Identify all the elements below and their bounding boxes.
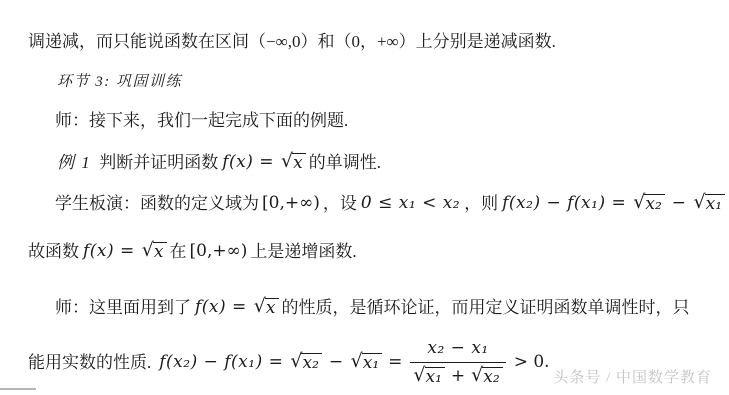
conclusion-text-mid: 在 [170,241,187,262]
radicand-x2: x₂ [644,194,664,213]
radicand-x1: x₁ [362,353,382,372]
fraction-numerator: x₂ − x₁ [421,338,494,362]
teacher-comment-line: 师：这里面用到了 f(x) = √ x 的性质，是循环论证，而用定义证明函数单调… [55,297,690,318]
sqrt-x: √ x [142,242,167,261]
radicand-x2: x₂ [301,353,321,372]
minus-sign: − [672,193,687,214]
domain-interval: [0,+∞) [190,241,248,262]
sqrt-x: √ x [281,153,306,172]
radicand-x: x [265,298,279,317]
student-text-mid2: ，则 [464,193,498,214]
conclusion-text-before: 故函数 [28,241,79,262]
plus-sign: + [451,366,465,387]
comment-text-after: 的性质，是循环论证，而用定义证明函数单调性时，只 [282,297,690,318]
domain-interval: [0,+∞) [262,193,320,214]
sqrt-x1: √ x₁ [694,194,726,213]
student-work-line: 学生板演：函数的定义域为 [0,+∞) ，设 0 ≤ x₁ < x₂ ，则 f(… [55,193,729,214]
sqrt-x2: √ x₂ [471,367,503,386]
radicand-x: x [292,153,306,172]
watermark: 头条号 / 中国数学教育 [553,366,712,387]
difference-expression: f(x₂) − f(x₁) = [502,193,626,214]
fraction-denominator: √ x₁ + √ x₂ [410,362,505,387]
student-text-mid1: ，设 [323,193,357,214]
section-heading: 环节 3: 巩固训练 [57,73,182,92]
radicand-x2: x₂ [482,367,502,386]
minus-sign: − [329,352,344,373]
paragraph-overflow: 调递减，而只能说函数在区间（−∞,0）和（0，+∞）上分别是递减函数. [28,31,556,52]
comment-text-before: 师：这里面用到了 [55,297,191,318]
radicand-x1: x₁ [705,194,725,213]
conclusion-fx-equals: f(x) = [83,241,135,262]
example-text-after: 的单调性. [309,152,381,173]
teacher-formula-line: 能用实数的性质. f(x₂) − f(x₁) = √ x₂ − √ x₁ = x… [28,338,553,388]
equals-sign: = [388,352,402,373]
sqrt-x: √ x [254,298,279,317]
radicand-x: x [153,242,167,261]
fraction: x₂ − x₁ √ x₁ + √ x₂ [410,338,505,388]
inequality: 0 ≤ x₁ < x₂ [361,193,460,214]
greater-than-zero: > 0. [514,352,550,373]
student-text-before: 学生板演：函数的定义域为 [55,193,259,214]
sqrt-x2: √ x₂ [633,194,665,213]
difference-expression: f(x₂) − f(x₁) = [159,352,283,373]
teacher-intro-line: 师：接下来，我们一起完成下面的例题. [55,110,348,131]
sqrt-x1: √ x₁ [351,353,383,372]
teacher-intro-text: 师：接下来，我们一起完成下面的例题. [55,110,348,131]
sqrt-x2: √ x₂ [290,353,322,372]
example-label: 例 1 [57,152,91,173]
paragraph-overflow-text: 调递减，而只能说函数在区间（−∞,0）和（0，+∞）上分别是递减函数. [28,31,556,52]
document-page: 调递减，而只能说函数在区间（−∞,0）和（0，+∞）上分别是递减函数. 环节 3… [0,0,729,395]
conclusion-text-after: 上是递增函数. [250,241,356,262]
corner-artifact-line [0,388,36,390]
conclusion-line: 故函数 f(x) = √ x 在 [0,+∞) 上是递增函数. [28,241,357,262]
comment-fx-equals: f(x) = [195,297,247,318]
section-heading-text: 环节 3: 巩固训练 [57,73,182,92]
formula-text-before: 能用实数的性质. [28,352,151,373]
example-text-before: 判断并证明函数 [99,152,218,173]
example-line: 例 1 判断并证明函数 f(x) = √ x 的单调性. [57,152,381,173]
radicand-x1: x₁ [425,367,445,386]
example-fx-equals: f(x) = [222,152,274,173]
sqrt-x1: √ x₁ [413,367,445,386]
